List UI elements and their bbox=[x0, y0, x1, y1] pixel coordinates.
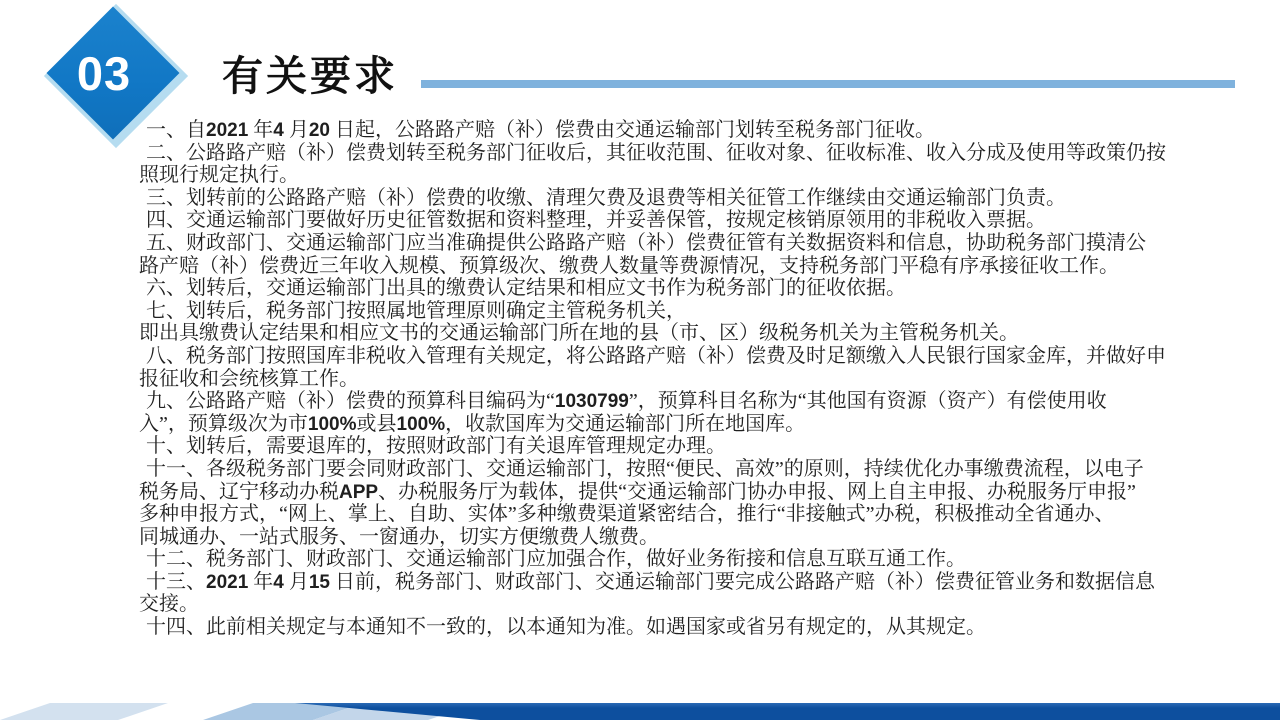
body-line: 二、公路路产赔（补）偿费划转至税务部门征收后，其征收范围、征收对象、征收标准、收… bbox=[139, 142, 1261, 165]
page-title: 有关要求 bbox=[222, 54, 398, 99]
body-line: 五、财政部门、交通运输部门应当准确提供公路路产赔（补）偿费征管有关数据资料和信息… bbox=[139, 232, 1261, 255]
text-run: 日起，公路路产赔（补）偿费由交通运输部门划转至税务部门征收。 bbox=[330, 119, 935, 141]
highlight-number: APP bbox=[339, 482, 378, 503]
text-run: 同城通办、一站式服务、一窗通办，切实方便缴费人缴费。 bbox=[139, 526, 659, 548]
text-run: 入”，预算级次为市 bbox=[139, 413, 308, 435]
highlight-number: 2021 bbox=[206, 120, 248, 141]
text-run: 月 bbox=[284, 571, 309, 593]
slide: 03 有关要求 一、自2021 年4 月20 日起，公路路产赔（补）偿费由交通运… bbox=[0, 0, 1280, 720]
body-line: 同城通办、一站式服务、一窗通办，切实方便缴费人缴费。 bbox=[139, 526, 1261, 549]
body-line: 即出具缴费认定结果和相应文书的交通运输部门所在地的县（市、区）级税务机关为主管税… bbox=[139, 322, 1261, 345]
body-line: 十一、各级税务部门要会同财政部门、交通运输部门，按照“便民、高效”的原则，持续优… bbox=[139, 458, 1261, 481]
text-run: 即出具缴费认定结果和相应文书的交通运输部门所在地的县（市、区）级税务机关为主管税… bbox=[139, 322, 1019, 344]
highlight-number: 4 bbox=[273, 572, 284, 593]
text-run: 照现行规定执行。 bbox=[139, 164, 299, 186]
text-run: ，收款国库为交通运输部门所在地国库。 bbox=[445, 413, 805, 435]
text-run: 十二、税务部门、财政部门、交通运输部门应加强合作，做好业务衔接和信息互联互通工作… bbox=[146, 548, 966, 570]
body-line: 税务局、辽宁移动办税APP、办税服务厅为载体，提供“交通运输部门协办申报、网上自… bbox=[139, 481, 1261, 504]
highlight-number: 100% bbox=[308, 414, 357, 435]
text-run: 报征收和会统核算工作。 bbox=[139, 368, 359, 390]
text-run: 二、公路路产赔（补）偿费划转至税务部门征收后，其征收范围、征收对象、征收标准、收… bbox=[146, 142, 1166, 164]
body-line: 七、划转后，税务部门按照属地管理原则确定主管税务机关， bbox=[139, 300, 1261, 323]
body-line: 一、自2021 年4 月20 日起，公路路产赔（补）偿费由交通运输部门划转至税务… bbox=[139, 119, 1261, 142]
text-run: 九、公路路产赔（补）偿费的预算科目编码为“ bbox=[146, 390, 555, 412]
highlight-number: 15 bbox=[309, 572, 330, 593]
footer-dark-ribbon bbox=[0, 703, 1280, 720]
text-run: 年 bbox=[248, 119, 273, 141]
text-run: 月 bbox=[284, 119, 309, 141]
body-line: 三、划转前的公路路产赔（补）偿费的收缴、清理欠费及退费等相关征管工作继续由交通运… bbox=[139, 187, 1261, 210]
text-run: 一、自 bbox=[146, 119, 206, 141]
body-line: 多种申报方式，“网上、掌上、自助、实体”多种缴费渠道紧密结合，推行“非接触式”办… bbox=[139, 503, 1261, 526]
text-run: 路产赔（补）偿费近三年收入规模、预算级次、缴费人数量等费源情况，支持税务部门平稳… bbox=[139, 255, 1119, 277]
text-run: 或县 bbox=[357, 413, 397, 435]
footer-bar bbox=[0, 703, 1280, 720]
body-line: 路产赔（补）偿费近三年收入规模、预算级次、缴费人数量等费源情况，支持税务部门平稳… bbox=[139, 255, 1261, 278]
text-run: 三、划转前的公路路产赔（补）偿费的收缴、清理欠费及退费等相关征管工作继续由交通运… bbox=[146, 187, 1066, 209]
body-text: 一、自2021 年4 月20 日起，公路路产赔（补）偿费由交通运输部门划转至税务… bbox=[139, 119, 1261, 639]
text-run: 十、划转后，需要退库的，按照财政部门有关退库管理规定办理。 bbox=[146, 435, 726, 457]
text-run: 六、划转后，交通运输部门出具的缴费认定结果和相应文书作为税务部门的征收依据。 bbox=[146, 277, 906, 299]
text-run: 税务局、辽宁移动办税 bbox=[139, 481, 339, 503]
body-line: 九、公路路产赔（补）偿费的预算科目编码为“1030799”，预算科目名称为“其他… bbox=[139, 390, 1261, 413]
highlight-number: 100% bbox=[397, 414, 446, 435]
body-line: 报征收和会统核算工作。 bbox=[139, 368, 1261, 391]
body-line: 十、划转后，需要退库的，按照财政部门有关退库管理规定办理。 bbox=[139, 435, 1261, 458]
body-line: 四、交通运输部门要做好历史征管数据和资料整理，并妥善保管，按规定核销原领用的非税… bbox=[139, 209, 1261, 232]
text-run: ”，预算科目名称为“其他国有资源（资产）有偿使用收 bbox=[629, 390, 1107, 412]
highlight-number: 20 bbox=[309, 120, 330, 141]
body-line: 十三、2021 年4 月15 日前，税务部门、财政部门、交通运输部门要完成公路路… bbox=[139, 571, 1261, 594]
text-run: 日前，税务部门、财政部门、交通运输部门要完成公路路产赔（补）偿费征管业务和数据信… bbox=[330, 571, 1155, 593]
highlight-number: 1030799 bbox=[555, 391, 629, 412]
section-number: 03 bbox=[57, 26, 151, 120]
body-line: 六、划转后，交通运输部门出具的缴费认定结果和相应文书作为税务部门的征收依据。 bbox=[139, 277, 1261, 300]
body-line: 八、税务部门按照国库非税收入管理有关规定，将公路路产赔（补）偿费及时足额缴入人民… bbox=[139, 345, 1261, 368]
text-run: 十一、各级税务部门要会同财政部门、交通运输部门，按照“便民、高效”的原则，持续优… bbox=[146, 458, 1144, 480]
text-run: 年 bbox=[248, 571, 273, 593]
text-run: 五、财政部门、交通运输部门应当准确提供公路路产赔（补）偿费征管有关数据资料和信息… bbox=[146, 232, 1146, 254]
text-run: 八、税务部门按照国库非税收入管理有关规定，将公路路产赔（补）偿费及时足额缴入人民… bbox=[146, 345, 1166, 367]
text-run: 多种申报方式，“网上、掌上、自助、实体”多种缴费渠道紧密结合，推行“非接触式”办… bbox=[139, 503, 1115, 525]
highlight-number: 2021 bbox=[206, 572, 248, 593]
text-run: 十三、 bbox=[146, 571, 206, 593]
text-run: 七、划转后，税务部门按照属地管理原则确定主管税务机关， bbox=[146, 300, 686, 322]
body-line: 入”，预算级次为市100%或县100%，收款国库为交通运输部门所在地国库。 bbox=[139, 413, 1261, 436]
body-line: 十四、此前相关规定与本通知不一致的，以本通知为准。如遇国家或省另有规定的，从其规… bbox=[139, 616, 1261, 639]
body-line: 交接。 bbox=[139, 593, 1261, 616]
title-underline-bar bbox=[421, 80, 1235, 88]
text-run: 十四、此前相关规定与本通知不一致的，以本通知为准。如遇国家或省另有规定的，从其规… bbox=[146, 616, 986, 638]
text-run: 交接。 bbox=[139, 593, 199, 615]
text-run: 四、交通运输部门要做好历史征管数据和资料整理，并妥善保管，按规定核销原领用的非税… bbox=[146, 209, 1046, 231]
body-line: 十二、税务部门、财政部门、交通运输部门应加强合作，做好业务衔接和信息互联互通工作… bbox=[139, 548, 1261, 571]
text-run: 、办税服务厅为载体，提供“交通运输部门协办申报、网上自主申报、办税服务厅申报” bbox=[378, 481, 1136, 503]
highlight-number: 4 bbox=[273, 120, 284, 141]
body-line: 照现行规定执行。 bbox=[139, 164, 1261, 187]
